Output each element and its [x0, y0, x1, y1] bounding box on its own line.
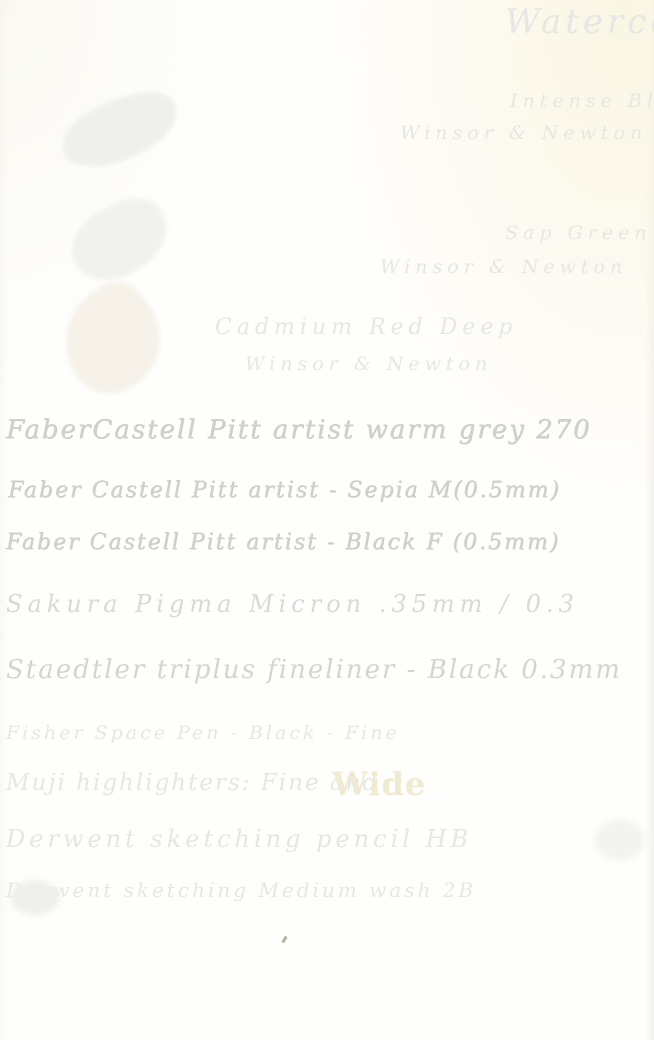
paint-brand: Winsor & Newton — [400, 122, 647, 144]
pen-line: Derwent sketching pencil HB — [6, 825, 472, 853]
pen-line: Fisher Space Pen - Black - Fine — [6, 722, 400, 744]
paint-name: Sap Green — [505, 222, 652, 244]
paint-name: Cadmium Red Deep — [215, 315, 517, 340]
pen-line: Derwent sketching Medium wash 2B — [6, 878, 476, 902]
paint-brand: Winsor & Newton — [380, 256, 627, 278]
paint-brand: Winsor & Newton — [245, 353, 492, 375]
pen-line: Faber Castell Pitt artist - Sepia M(0.5m… — [8, 478, 561, 503]
pencil-swatch-hb — [595, 820, 645, 860]
pen-line: Faber Castell Pitt artist - Black F (0.5… — [6, 530, 560, 555]
pen-line: FaberCastell Pitt artist warm grey 270 — [6, 415, 592, 445]
page-heading: Watercolour — [505, 2, 654, 42]
pen-line: Sakura Pigma Micron .35mm / 0.3 — [6, 590, 579, 618]
pencil-swatch-2b — [10, 880, 60, 915]
highlighted-word: Wide — [332, 765, 426, 803]
pen-line: Muji highlighters: Fine and — [6, 770, 379, 796]
pen-line: Staedtler triplus fineliner - Black 0.3m… — [6, 655, 622, 685]
paint-name: Intense Blue — [510, 90, 654, 112]
